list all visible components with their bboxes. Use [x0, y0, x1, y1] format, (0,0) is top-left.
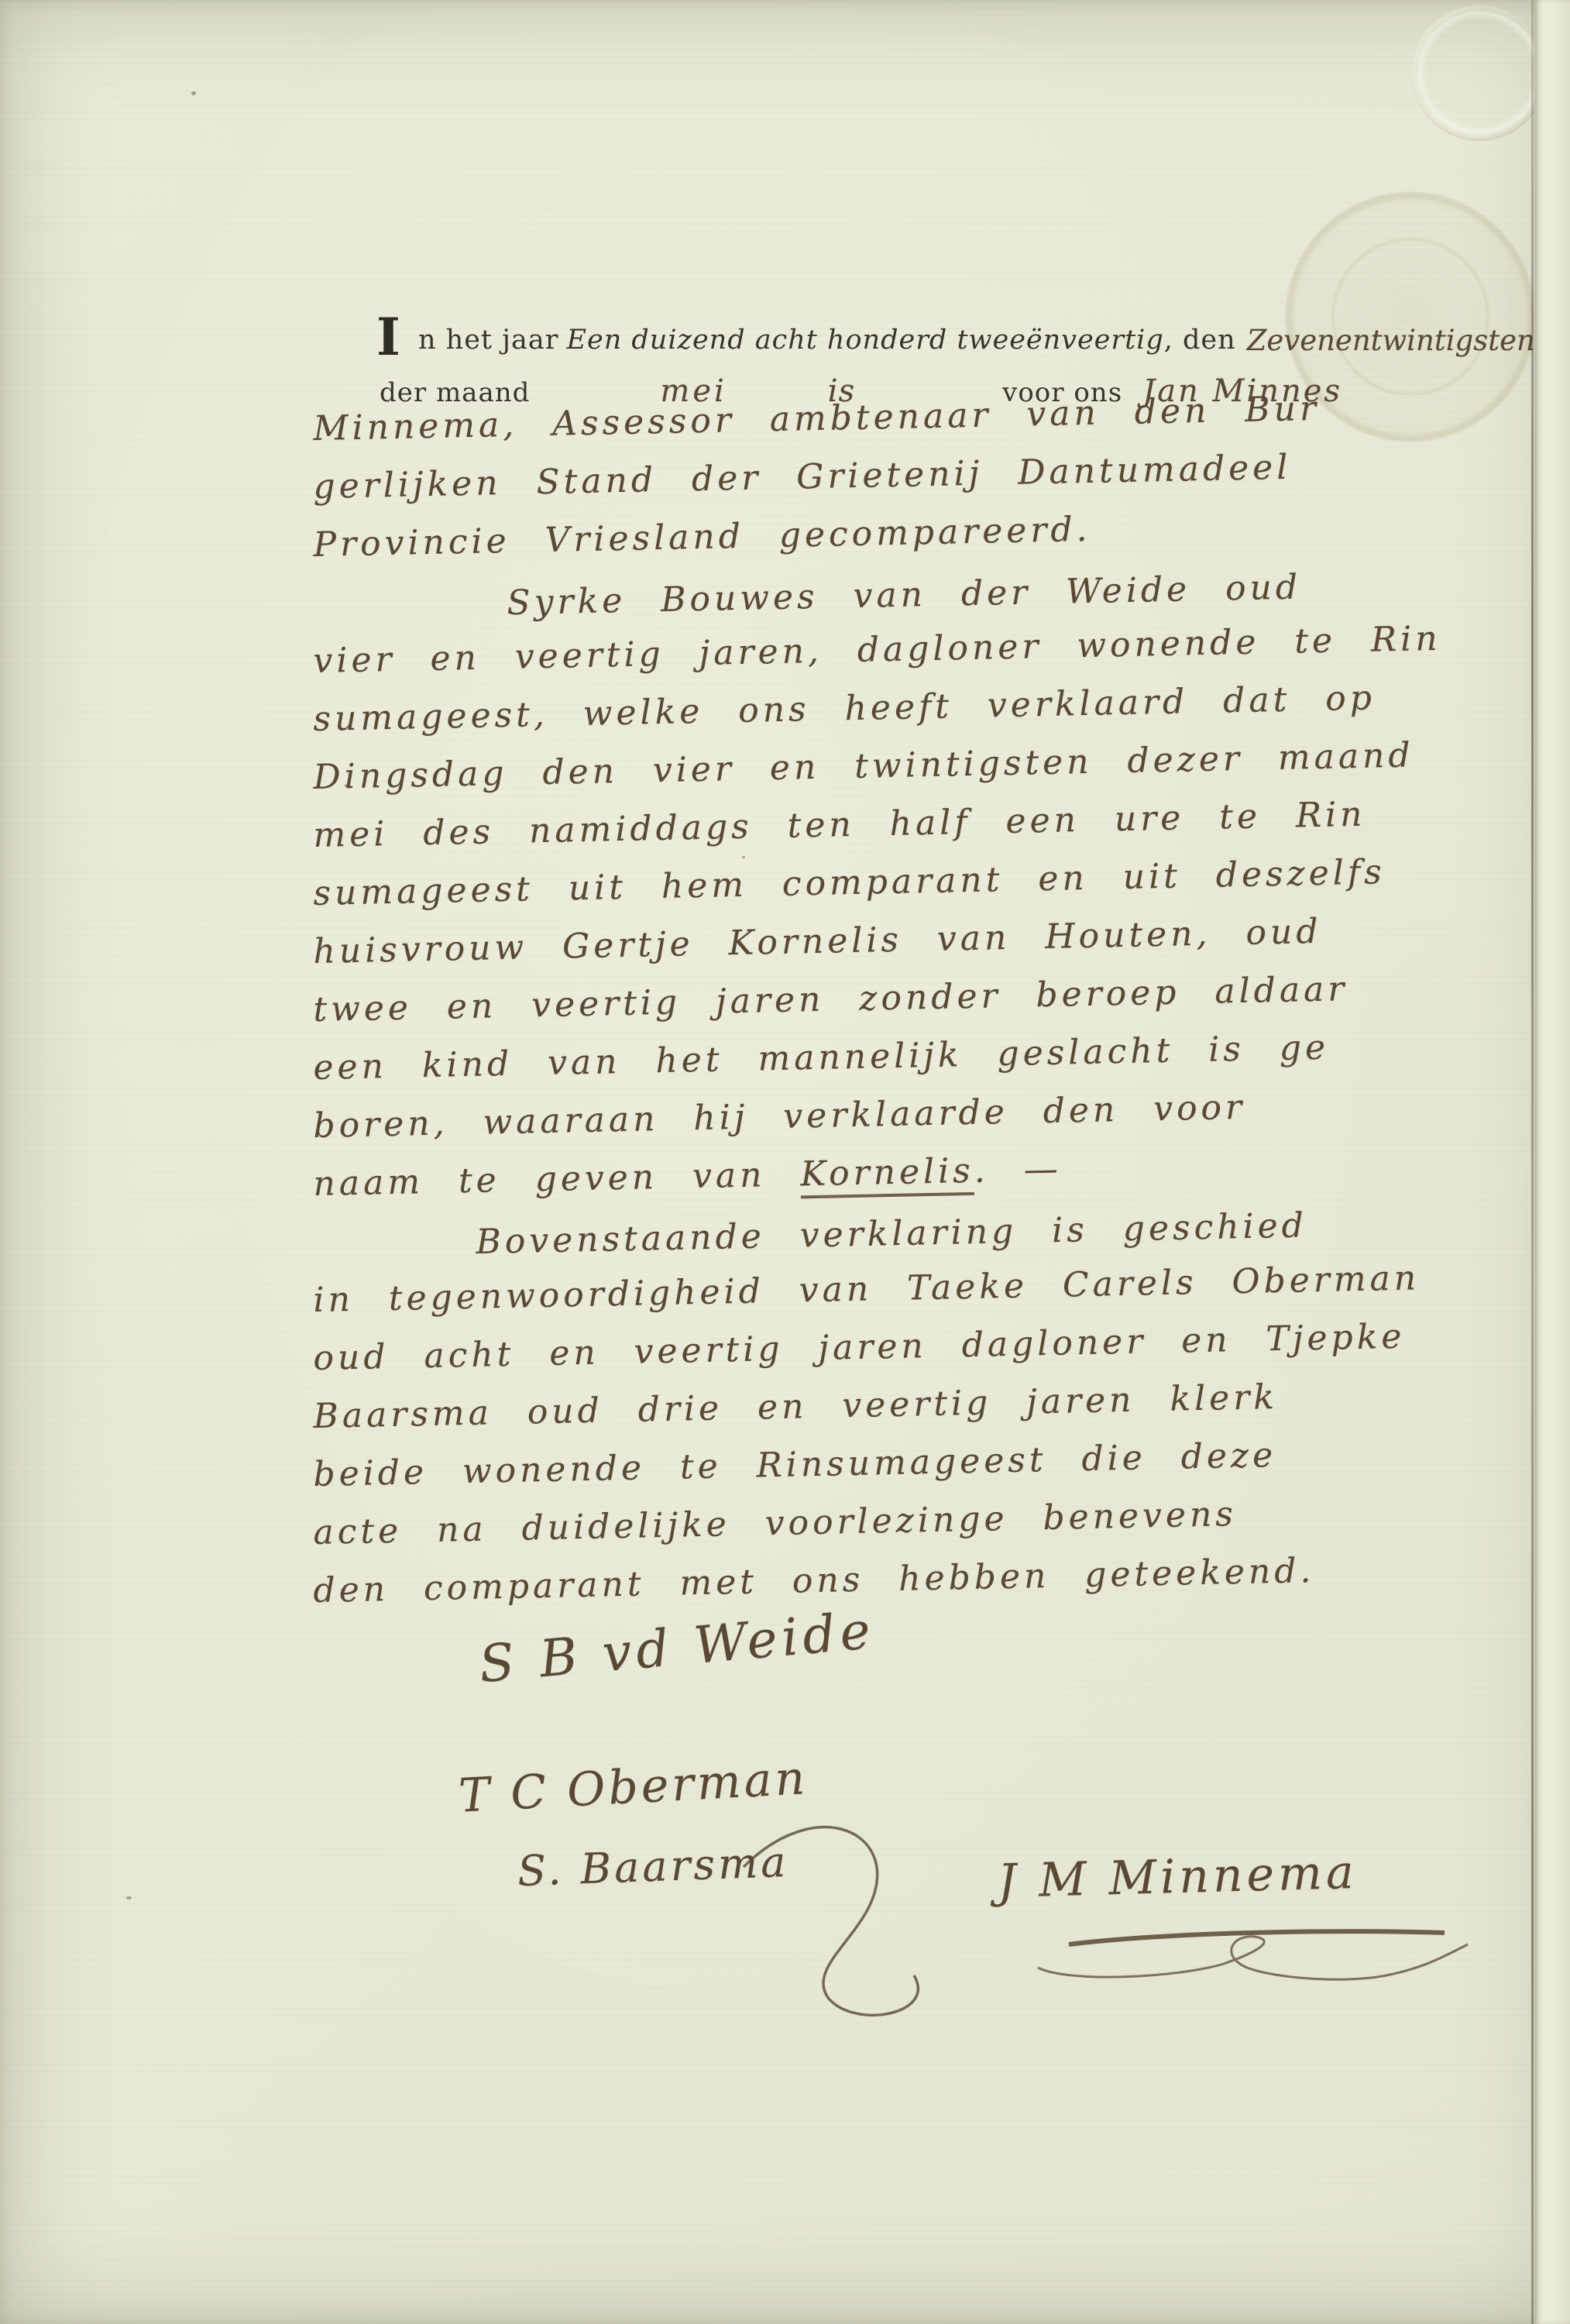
- manuscript-line: een kind van het mannelijk geslacht is g…: [313, 1028, 1330, 1088]
- manuscript-line: gerlijken Stand der Grietenij Dantumadee…: [313, 448, 1292, 507]
- signature-registrar-minnema: J M Minnema: [997, 1845, 1358, 1909]
- manuscript-line: vier en veertig jaren, dagloner wonende …: [313, 619, 1441, 681]
- manuscript-line: oud acht en veertig jaren dagloner en Tj…: [313, 1317, 1406, 1378]
- manuscript-line: boren, waaraan hij verklaarde den voor: [313, 1088, 1246, 1146]
- manuscript-line-witness2: Baarsma oud drie en veertig jaren klerk: [313, 1377, 1278, 1436]
- child-name-underlined: Kornelis: [800, 1151, 974, 1198]
- paper-speck: [126, 1896, 132, 1899]
- paper-speck: [345, 784, 348, 787]
- printed-line-year: n het jaarEen duizend acht honderd tweeë…: [418, 324, 1535, 357]
- manuscript-line: sumageest uit hem comparant en uit desze…: [313, 852, 1386, 913]
- printed-comma-den: , den: [1164, 325, 1236, 356]
- manuscript-line-mother: huisvrouw Gertje Kornelis van Houten, ou…: [313, 912, 1322, 971]
- printed-in-het-jaar: n het jaar: [418, 325, 558, 356]
- manuscript-line: sumageest, welke ons heeft verklaard dat…: [313, 678, 1376, 739]
- manuscript-line: twee en veertig jaren zonder beroep alda…: [313, 969, 1348, 1030]
- child-name-prefix: naam te geven van: [313, 1154, 801, 1204]
- paper-speck: [742, 856, 745, 858]
- manuscript-line: acte na duidelijke voorlezinge benevens: [313, 1494, 1237, 1552]
- child-name-suffix: . —: [974, 1150, 1062, 1191]
- register-page: I n het jaarEen duizend acht honderd twe…: [0, 0, 1570, 2324]
- embossed-seal-icon: [1411, 5, 1548, 141]
- handwritten-day-ordinal: Zevenentwintigsten: [1247, 324, 1535, 357]
- manuscript-line: Dingsdag den vier en twintigsten dezer m…: [313, 735, 1414, 797]
- printed-der-maand: der maand: [380, 377, 530, 408]
- manuscript-line-witness-intro: Bovenstaande verklaring is geschied: [476, 1205, 1307, 1262]
- page-binding-edge: [1534, 0, 1570, 2324]
- printed-year-words: Een duizend acht honderd tweeënveertig: [566, 325, 1163, 356]
- signature-flourish-minnema: [1022, 1902, 1487, 2003]
- manuscript-line: den comparant met ons hebben geteekend.: [313, 1551, 1315, 1611]
- manuscript-line-declarant: Syrke Bouwes van der Weide oud: [507, 567, 1302, 623]
- manuscript-line-witness1: in tegenwoordigheid van Taeke Carels Obe…: [313, 1258, 1421, 1320]
- manuscript-line-child-name: naam te geven van Kornelis. —: [313, 1150, 1062, 1204]
- page-fold-line: [1531, 0, 1534, 2324]
- paper-speck: [191, 91, 196, 95]
- signature-declarant-weide: S B vd Weide: [477, 1600, 878, 1694]
- signature-witness-oberman: T C Oberman: [457, 1751, 809, 1824]
- manuscript-line: beide wonende te Rinsumageest die deze: [313, 1435, 1277, 1494]
- manuscript-line: mei des namiddags ten half een ure te Ri…: [313, 795, 1366, 855]
- signature-flourish-baarsma: [720, 1820, 976, 2053]
- manuscript-line: Provincie Vriesland gecompareerd.: [313, 510, 1091, 565]
- drop-cap-initial: I: [376, 311, 400, 363]
